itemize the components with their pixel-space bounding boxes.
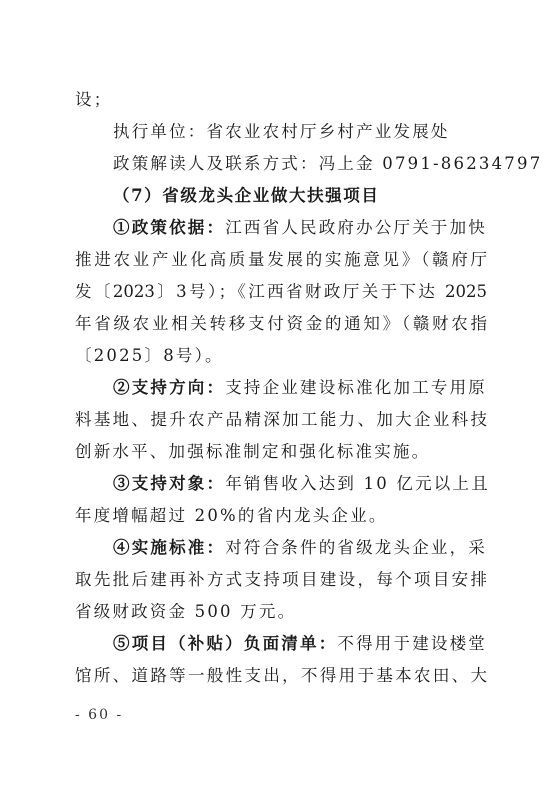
section-heading: （7）省级龙头企业做大扶强项目 bbox=[75, 180, 487, 212]
item-text: 对符合条件的省级龙头企业，采 bbox=[225, 538, 487, 557]
item-marker: ⑤ bbox=[113, 634, 132, 653]
text-line: 发〔2023〕3号）；《江西省财政厅关于下达 2025 bbox=[75, 276, 487, 308]
item-label: 政策依据： bbox=[132, 218, 226, 237]
text-line: 省级财政资金 500 万元。 bbox=[75, 596, 487, 628]
item-negative-list: ⑤项目（补贴）负面清单：不得用于建设楼堂 bbox=[75, 628, 487, 660]
text-line: 推进农业产业化高质量发展的实施意见》（赣府厅 bbox=[75, 244, 487, 276]
text-line: 年度增幅超过 20%的省内龙头企业。 bbox=[75, 500, 487, 532]
text-line: 年省级农业相关转移支付资金的通知》（赣财农指 bbox=[75, 308, 487, 340]
page-number: - 60 - bbox=[75, 707, 123, 723]
item-label: 实施标准： bbox=[132, 538, 226, 557]
item-marker: ② bbox=[113, 378, 132, 397]
item-support-direction: ②支持方向：支持企业建设标准化加工专用原 bbox=[75, 372, 487, 404]
item-marker: ③ bbox=[113, 474, 132, 493]
item-support-target: ③支持对象：年销售收入达到 10 亿元以上且 bbox=[75, 468, 487, 500]
item-marker: ① bbox=[113, 218, 132, 237]
item-text: 不得用于建设楼堂 bbox=[337, 634, 487, 653]
contact-line: 政策解读人及联系方式：冯上金 0791-86234797 bbox=[75, 148, 487, 180]
item-label: 支持对象： bbox=[132, 474, 226, 493]
text-line: 馆所、道路等一般性支出，不得用于基本农田、大 bbox=[75, 660, 487, 692]
text-line: 料基地、提升农产品精深加工能力、加大企业科技 bbox=[75, 404, 487, 436]
item-label: 支持方向： bbox=[132, 378, 226, 397]
text-line: 取先批后建再补方式支持项目建设，每个项目安排 bbox=[75, 564, 487, 596]
executing-unit-line: 执行单位：省农业农村厅乡村产业发展处 bbox=[75, 116, 487, 148]
text-line: 设； bbox=[75, 84, 487, 116]
item-marker: ④ bbox=[113, 538, 132, 557]
text-line: 创新水平、加强标准制定和强化标准实施。 bbox=[75, 436, 487, 468]
item-implementation-standard: ④实施标准：对符合条件的省级龙头企业，采 bbox=[75, 532, 487, 564]
item-policy-basis: ①政策依据：江西省人民政府办公厅关于加快 bbox=[75, 212, 487, 244]
text-line: 〔2025〕8号）。 bbox=[75, 340, 487, 372]
item-text: 支持企业建设标准化加工专用原 bbox=[225, 378, 487, 397]
item-text: 江西省人民政府办公厅关于加快 bbox=[225, 218, 487, 237]
document-page: 设； 执行单位：省农业农村厅乡村产业发展处 政策解读人及联系方式：冯上金 079… bbox=[75, 84, 487, 692]
item-text: 年销售收入达到 10 亿元以上且 bbox=[225, 474, 490, 493]
item-label: 项目（补贴）负面清单： bbox=[132, 634, 338, 653]
